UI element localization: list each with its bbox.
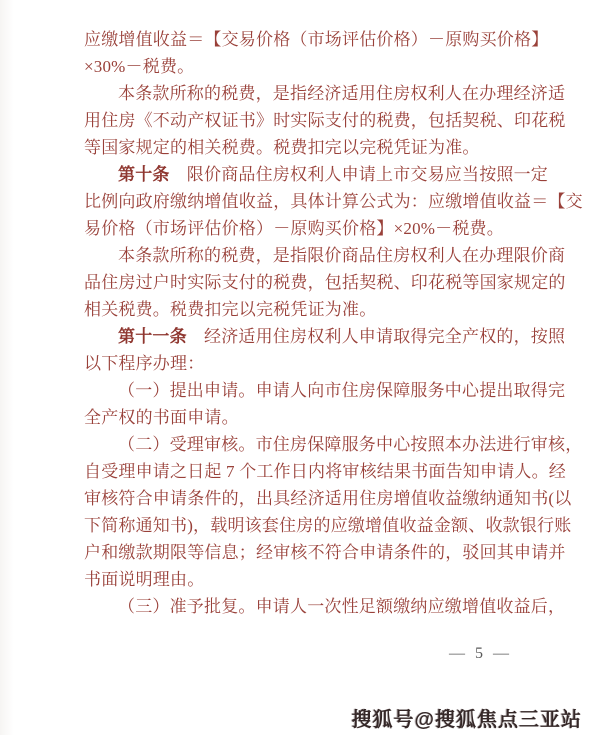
text-line: 全产权的书面申请。 — [84, 404, 530, 431]
text-line: 相关税费。税费扣完以完税凭证为准。 — [84, 296, 530, 323]
article-heading: 第十条 — [118, 165, 170, 184]
text-line: （三）准予批复。申请人一次性足额缴纳应缴增值收益后， — [84, 593, 530, 620]
text-line: 审核符合申请条件的，出具经济适用住房增值收益缴纳通知书(以 — [84, 485, 530, 512]
text-line: 易价格（市场评估价格）－原购买价格】×20%－税费。 — [84, 215, 530, 242]
text-line: 以下程序办理： — [84, 350, 530, 377]
text-line: 本条款所称的税费，是指限价商品住房权利人在办理限价商 — [84, 242, 530, 269]
scanned-document-page: 应缴增值收益＝【交易价格（市场评估价格）－原购买价格】×30%－税费。本条款所称… — [0, 0, 589, 735]
text-line: 户和缴款期限等信息；经审核不符合申请条件的，驳回其申请并 — [84, 539, 530, 566]
watermark-text: 搜狐号@搜狐焦点三亚站 — [351, 703, 582, 732]
text-line: 下简称通知书)，载明该套住房的应缴增值收益金额、收款银行账 — [84, 512, 530, 539]
text-line: （二）受理审核。市住房保障服务中心按照本办法进行审核， — [84, 431, 530, 458]
text-line: 应缴增值收益＝【交易价格（市场评估价格）－原购买价格】 — [84, 26, 530, 53]
text-line: 等国家规定的相关税费。税费扣完以完税凭证为准。 — [84, 134, 530, 161]
text-line: 书面说明理由。 — [84, 566, 530, 593]
document-body: 应缴增值收益＝【交易价格（市场评估价格）－原购买价格】×30%－税费。本条款所称… — [84, 26, 530, 620]
text-line: 第十条 限价商品住房权利人申请上市交易应当按照一定 — [84, 161, 530, 188]
page-number: — 5 — — [449, 645, 512, 663]
text-line: （一）提出申请。申请人向市住房保障服务中心提出取得完 — [84, 377, 530, 404]
text-line: 用住房《不动产权证书》时实际支付的税费，包括契税、印花税 — [84, 107, 530, 134]
text-line: 比例向政府缴纳增值收益，具体计算公式为：应缴增值收益＝【交 — [84, 188, 530, 215]
text-line: 第十一条 经济适用住房权利人申请取得完全产权的，按照 — [84, 323, 530, 350]
text-line: 本条款所称的税费，是指经济适用住房权利人在办理经济适 — [84, 80, 530, 107]
text-line: ×30%－税费。 — [84, 53, 530, 80]
article-heading: 第十一条 — [118, 327, 187, 346]
text-line: 自受理申请之日起 7 个工作日内将审核结果书面告知申请人。经 — [84, 458, 530, 485]
text-line: 品住房过户时实际支付的税费，包括契税、印花税等国家规定的 — [84, 269, 530, 296]
